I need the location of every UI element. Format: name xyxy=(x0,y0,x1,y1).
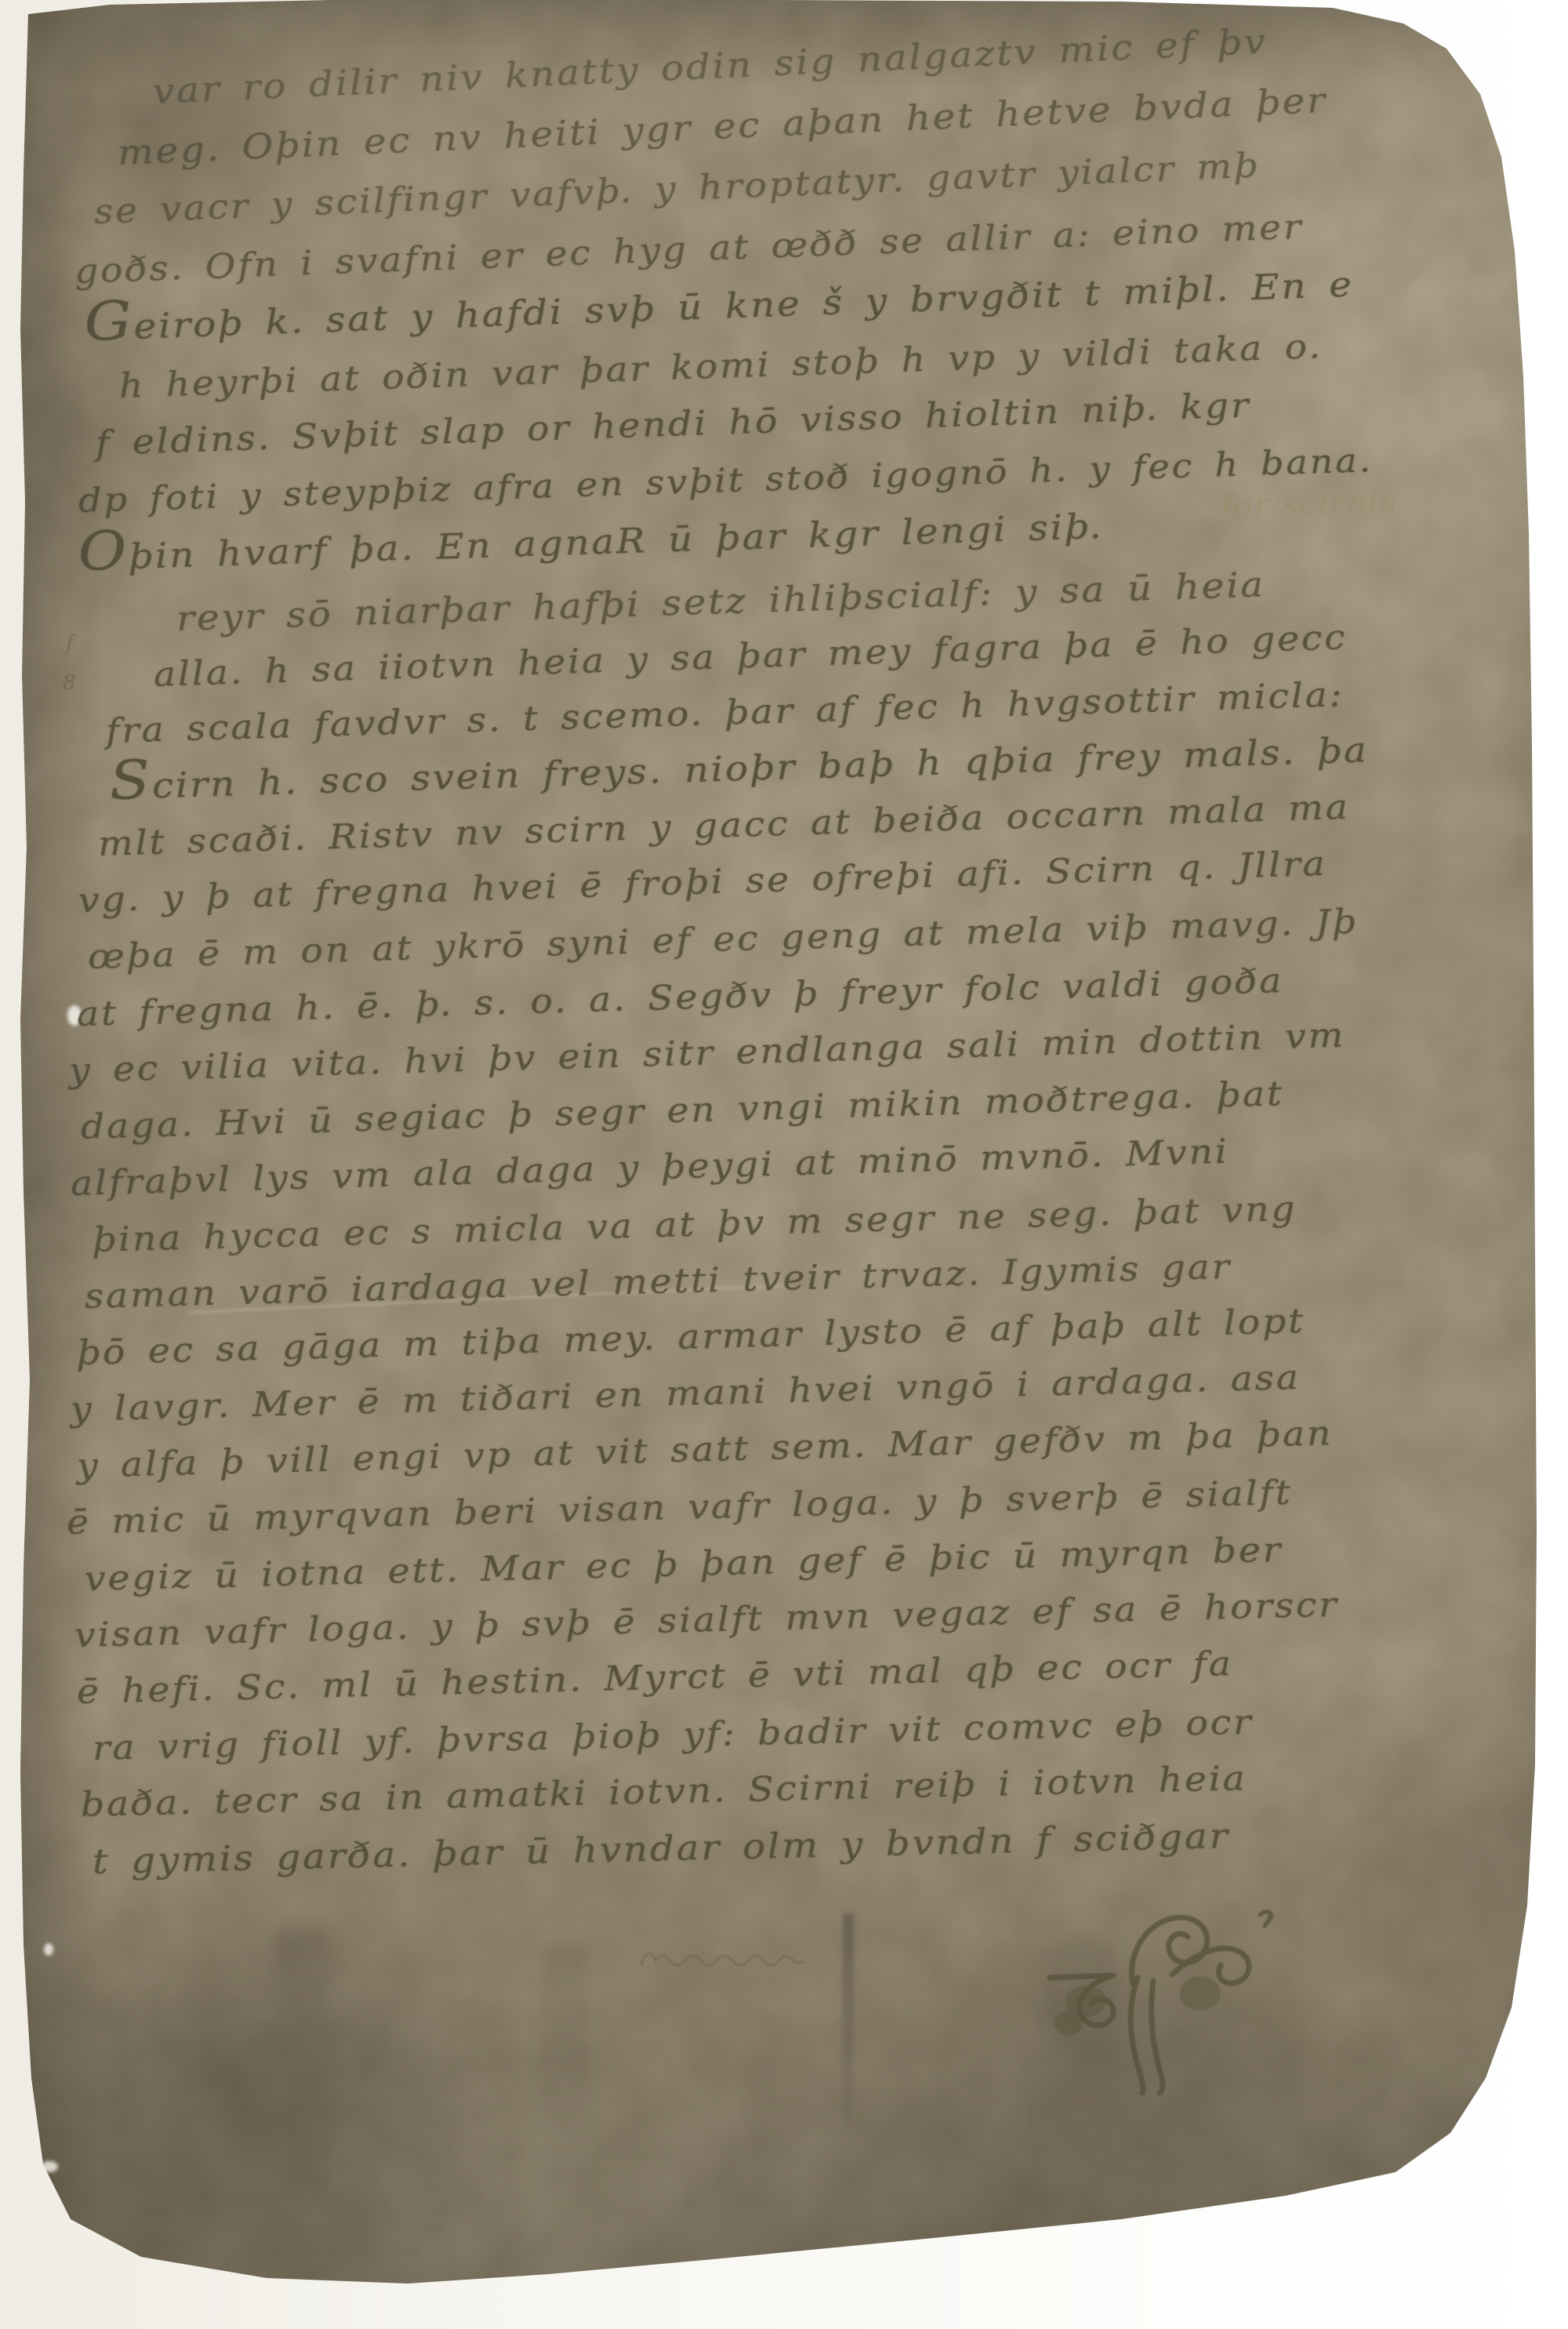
large-initial: G xyxy=(83,290,134,354)
manuscript-line: ē hefi. Sc. ml ū hestin. Myrct ē vti mal… xyxy=(76,1648,1233,1710)
manuscript-line: Oþin hvarf þa. En agnaR ū þar kgr lengi … xyxy=(78,510,1104,576)
manuscript-line: ra vrig fioll yf. þvrsa þioþ yf: badir v… xyxy=(93,1706,1254,1766)
manuscript-line: ē mic ū myrqvan beri visan vafr loga. y … xyxy=(66,1477,1292,1540)
parchment-leaf: var ro dilir niv knatty odin sig nalgazt… xyxy=(0,0,1568,2329)
margin-guide-letter: f xyxy=(66,632,74,656)
manuscript-line: þina hycca ec s micla va at þv m segr ne… xyxy=(92,1193,1297,1258)
manuscript-line: visan vafr loga. y þ svþ ē sialft mvn ve… xyxy=(74,1589,1338,1653)
manuscript-line: saman varō iardaga vel metti tveir trvaz… xyxy=(84,1251,1232,1314)
pen-flourish-ornament xyxy=(1039,1899,1274,2095)
manuscript-line: y alfa þ vill engi vp at vit satt sem. M… xyxy=(76,1417,1333,1484)
large-initial: O xyxy=(77,520,129,583)
folio-number: 21 xyxy=(1447,31,1484,63)
large-initial: S xyxy=(109,749,153,812)
manuscript-photograph: var ro dilir niv knatty odin sig nalgazt… xyxy=(0,0,1568,2329)
margin-guide-letter: 8 xyxy=(63,671,76,695)
manuscript-line: at fregna h. ē. þ. s. o. a. Segðv þ frey… xyxy=(76,965,1283,1032)
chapter-rubric: for scirnis xyxy=(1219,483,1398,525)
manuscript-line: baða. tecr sa in amatki iotvn. Scirni re… xyxy=(81,1762,1247,1822)
manuscript-line: y lavgr. Mer ē m tiðari en mani hvei vng… xyxy=(70,1361,1301,1427)
faint-cursive-inscription xyxy=(637,1942,840,1981)
manuscript-line: daga. Hvi ū segiac þ segr en vngi mikin … xyxy=(80,1077,1284,1145)
manuscript-line: vegiz ū iotna ett. Mar ec þ þan gef ē þi… xyxy=(84,1534,1283,1597)
manuscript-line: þō ec sa gāga m tiþa mey. armar lysto ē … xyxy=(76,1305,1305,1371)
edge-ink-speck xyxy=(1534,795,1540,817)
manuscript-line: t gymis garða. þar ū hvndar olm y bvndn … xyxy=(93,1819,1230,1880)
manuscript-line: alfraþvl lys vm ala daga y þeygi at minō… xyxy=(70,1135,1229,1201)
